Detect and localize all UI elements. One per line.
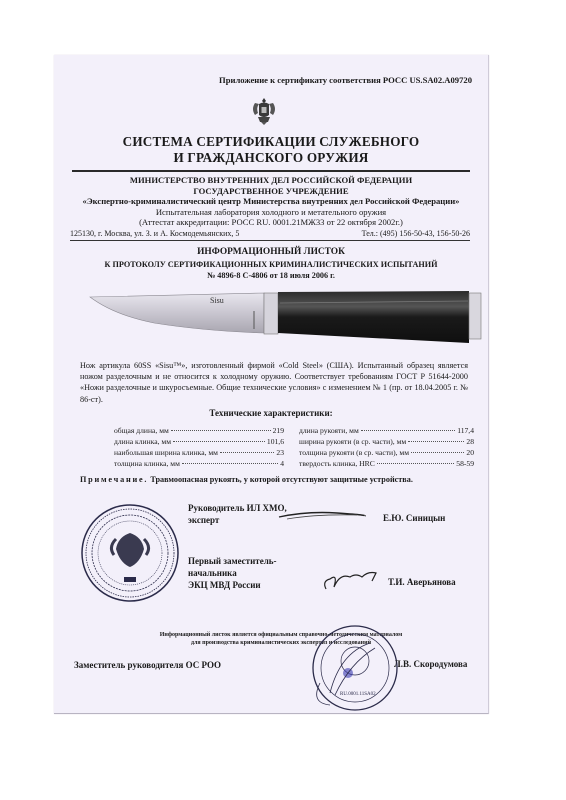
certificate-page: Приложение к сертификату соответствия РО…	[54, 55, 489, 714]
spec-row: наибольшая ширина клинка, мм23	[114, 447, 284, 458]
ministry-name: МИНИСТЕРСТВО ВНУТРЕННИХ ДЕЛ РОССИЙСКОЙ Ф…	[54, 175, 488, 186]
specs-title: Технические характеристики:	[54, 408, 488, 418]
divider	[70, 240, 470, 241]
info-sheet-subtitle: К ПРОТОКОЛУ СЕРТИФИКАЦИОННЫХ КРИМИНАЛИСТ…	[54, 259, 488, 281]
knife-photo: Sisu	[84, 287, 484, 349]
address: 125130, г. Москва, ул. З. и А. Космодемь…	[70, 229, 239, 238]
spec-row: длина рукояти, мм117,4	[299, 425, 474, 436]
laboratory-name: Испытательная лаборатория холодного и ме…	[54, 207, 488, 218]
protocol-number: № 4896-8 С-4806 от 18 июля 2006 г.	[54, 270, 488, 281]
spec-row: толщина клинка, мм4	[114, 458, 284, 469]
center-name: «Экспертно-криминалистический центр Мини…	[54, 196, 488, 207]
divider	[72, 170, 470, 172]
appendix-reference: Приложение к сертификату соответствия РО…	[54, 75, 488, 85]
specs-right-column: длина рукояти, мм117,4 ширина рукояти (в…	[299, 425, 474, 469]
specs-left-column: общая длина, мм219 длина клинка, мм101,6…	[114, 425, 284, 469]
product-description: Нож артикула 60SS «Sisu™», изготовленный…	[80, 360, 468, 405]
certification-body-seal-icon: RU.0001.11SA02	[310, 623, 400, 713]
signature-2	[320, 567, 382, 593]
signatory-2-title: Первый заместитель- начальника ЭКЦ МВД Р…	[188, 555, 277, 591]
info-sheet-title: ИНФОРМАЦИОННЫЙ ЛИСТОК	[54, 247, 488, 258]
spec-row: ширина рукояти (в ср. части), мм28	[299, 436, 474, 447]
system-title: СИСТЕМА СЕРТИФИКАЦИИ СЛУЖЕБНОГО И ГРАЖДА…	[54, 134, 488, 166]
signatory-3-name: Л.В. Скородумова	[394, 659, 467, 669]
spec-row: длина клинка, мм101,6	[114, 436, 284, 447]
svg-text:Sisu: Sisu	[210, 296, 224, 305]
note: Примечание. Травмоопасная рукоять, у кот…	[80, 475, 468, 484]
spec-row: твердость клинка, HRC58-59	[299, 458, 474, 469]
russian-coat-of-arms-icon	[249, 95, 279, 127]
phone: Тел.: (495) 156-50-43, 156-50-26	[362, 229, 470, 238]
institution-name: ГОСУДАРСТВЕННОЕ УЧРЕЖДЕНИЕ	[54, 186, 488, 197]
signatory-1-title: Руководитель ИЛ ХМО, эксперт	[188, 502, 287, 526]
signature-1	[277, 507, 367, 523]
note-label: Примечание.	[80, 475, 148, 484]
signatory-3-title: Заместитель руководителя ОС РОО	[74, 659, 221, 671]
ministry-seal-icon	[80, 503, 180, 603]
signatory-2-name: Т.И. Аверьянова	[388, 577, 456, 587]
signatory-1-name: Е.Ю. Синицын	[383, 513, 445, 523]
spec-row: общая длина, мм219	[114, 425, 284, 436]
note-text: Травмоопасная рукоять, у которой отсутст…	[150, 475, 413, 484]
svg-text:RU.0001.11SA02: RU.0001.11SA02	[340, 692, 376, 697]
spec-row: толщина рукояти (в ср. части), мм20	[299, 447, 474, 458]
organization-block: МИНИСТЕРСТВО ВНУТРЕННИХ ДЕЛ РОССИЙСКОЙ Ф…	[54, 175, 488, 228]
accreditation: (Аттестат аккредитации: РОСС RU. 0001.21…	[54, 217, 488, 228]
contact-row: 125130, г. Москва, ул. З. и А. Космодемь…	[70, 229, 470, 238]
